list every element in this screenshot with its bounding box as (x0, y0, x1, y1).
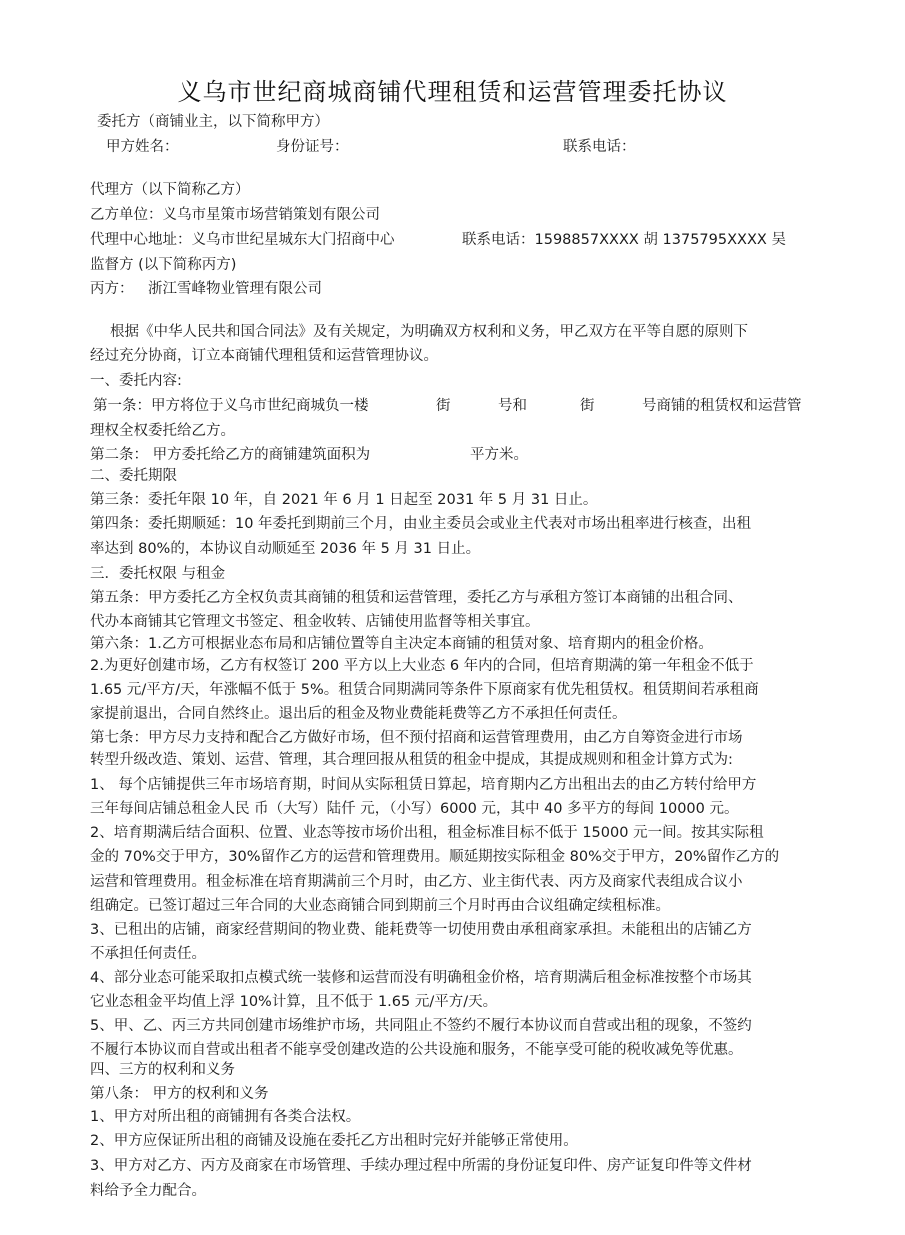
article-4-line-2: 率达到 80%的，本协议自动顺延至 2036 年 5 月 31 日止。 (90, 539, 480, 559)
article-8-heading: 第八条： 甲方的权利和义务 (90, 1084, 269, 1104)
party-c-label: 丙方： (90, 279, 134, 299)
article-1-street-2: 街 (580, 396, 595, 416)
article-7-item-4-line-1: 4、部分业态可能采取扣点模式统一装修和运营而没有明确租金价格，培育期满后租金标准… (90, 968, 752, 988)
party-a-phone-label: 联系电话： (563, 137, 636, 157)
party-a-id-label: 身份证号： (276, 137, 349, 157)
article-7-item-3-line-2: 不承担任何责任。 (90, 944, 206, 964)
article-5-line-2: 代办本商铺其它管理文书签定、租金收转、店铺使用监督等相关事宜。 (90, 612, 540, 632)
party-b-address: 代理中心地址：义乌市世纪星城东大门招商中心 (90, 230, 395, 250)
document-page: 义乌市世纪商城商铺代理租赁和运营管理委托协议 委托方（商铺业主，以下简称甲方） … (0, 0, 905, 1235)
article-1-number-and: 号和 (498, 396, 527, 416)
article-1-street-1: 街 (436, 396, 451, 416)
section-1-heading: 一、委托内容: (90, 371, 182, 391)
article-7-item-5-line-1: 5、甲、乙、丙三方共同创建市场维护市场，共同阻止不签约不履行本协议而自营或出租的… (90, 1016, 752, 1036)
article-6-line-3: 1.65 元/平方/天，年涨幅不低于 5%。租赁合同期满同等条件下原商家有优先租… (90, 680, 759, 700)
party-c-name: 浙江雪峰物业管理有限公司 (148, 279, 322, 299)
article-1-part-2: 号商铺的租赁权和运营管 (642, 396, 802, 416)
preamble-line-2: 经过充分协商，订立本商铺代理租赁和运营管理协议。 (90, 346, 438, 366)
party-a-heading: 委托方（商铺业主，以下简称甲方） (97, 112, 329, 132)
article-7-item-5-line-2: 不履行本协议而自营或出租者不能享受创建改造的公共设施和服务，不能享受可能的税收减… (90, 1040, 743, 1060)
article-7-item-2-line-1: 2、培育期满后结合面积、位置、业态等按市场价出租，租金标准目标不低于 15000… (90, 823, 764, 843)
article-7-item-4-line-2: 它业态租金平均值上浮 10%计算，且不低于 1.65 元/平方/天。 (90, 992, 497, 1012)
article-2-part-2: 平方米。 (470, 445, 528, 465)
article-7-line-1: 第七条：甲方尽力支持和配合乙方做好市场，但不预付招商和运营管理费用，由乙方自筹资… (90, 728, 743, 748)
article-6-line-2: 2.为更好创建市场，乙方有权签订 200 平方以上大业态 6 年内的合同，但培育… (90, 656, 754, 676)
article-2-part-1: 第二条： 甲方委托给乙方的商铺建筑面积为 (90, 445, 370, 465)
section-4-heading: 四、三方的权利和义务 (90, 1060, 235, 1080)
document-title: 义乌市世纪商城商铺代理租赁和运营管理委托协议 (0, 72, 905, 107)
article-5-line-1: 第五条：甲方委托乙方全权负责其商铺的租赁和运营管理，委托乙方与承租方签订本商铺的… (90, 588, 743, 608)
party-b-heading: 代理方（以下简称乙方） (90, 180, 250, 200)
article-7-item-2-line-3: 运营和管理费用。租金标准在培育期满前三个月时，由乙方、业主街代表、丙方及商家代表… (90, 872, 743, 892)
article-6-line-4: 家提前退出，合同自然终止。退出后的租金及物业费能耗费等乙方不承担任何责任。 (90, 704, 627, 724)
section-3-heading: 三．委托权限 与租金 (90, 564, 225, 584)
article-8-item-3-line-2: 料给予全力配合。 (90, 1181, 206, 1201)
party-b-unit: 乙方单位：义乌市星策市场营销策划有限公司 (90, 205, 380, 225)
article-4-line-1: 第四条：委托期顺延：10 年委托到期前三个月，由业主委员会或业主代表对市场出租率… (90, 514, 751, 534)
article-7-item-3-line-1: 3、已租出的店铺，商家经营期间的物业费、能耗费等一切使用费由承租商家承担。未能租… (90, 920, 752, 940)
article-1-part-1: 第一条：甲方将位于义乌市世纪商城负一楼 (93, 396, 369, 416)
article-3: 第三条：委托年限 10 年，自 2021 年 6 月 1 日起至 2031 年 … (90, 490, 597, 510)
party-b-phone: 联系电话：1598857XXXX 胡 1375795XXXX 吴 (462, 230, 786, 250)
article-8-item-3-line-1: 3、甲方对乙方、丙方及商家在市场管理、手续办理过程中所需的身份证复印件、房产证复… (90, 1156, 752, 1176)
article-8-item-1: 1、甲方对所出租的商铺拥有各类合法权。 (90, 1107, 360, 1127)
party-c-heading: 监督方 (以下简称丙方) (90, 255, 236, 275)
party-a-name-label: 甲方姓名： (106, 137, 179, 157)
article-7-item-2-line-2: 金的 70%交于甲方，30%留作乙方的运营和管理费用。顺延期按实际租金 80%交… (90, 847, 779, 867)
article-1-line-2: 理权全权委托给乙方。 (90, 421, 235, 441)
article-7-item-1-line-2: 三年每间店铺总租金人民 币（大写）陆仟 元，（小写）6000 元，其中 40 多… (90, 799, 739, 819)
article-7-item-1-line-1: 1、 每个店铺提供三年市场培育期，时间从实际租赁日算起，培育期内乙方出租出去的由… (90, 775, 756, 795)
section-2-heading: 二、委托期限 (90, 466, 177, 486)
article-7-item-2-line-4: 组确定。已签订超过三年合同的大业态商铺合同到期前三个月时再由合议组确定续租标准。 (90, 896, 670, 916)
article-6-line-1: 第六条：1.乙方可根据业态布局和店铺位置等自主决定本商铺的租赁对象、培育期内的租… (90, 634, 713, 654)
article-8-item-2: 2、甲方应保证所出租的商铺及设施在委托乙方出租时完好并能够正常使用。 (90, 1131, 578, 1151)
article-7-line-2: 转型升级改造、策划、运营、管理，其合理回报从租赁的租金中提成，其提成规则和租金计… (90, 750, 733, 770)
preamble-line-1: 根据《中华人民共和国合同法》及有关规定，为明确双方权利和义务，甲乙双方在平等自愿… (110, 322, 748, 342)
